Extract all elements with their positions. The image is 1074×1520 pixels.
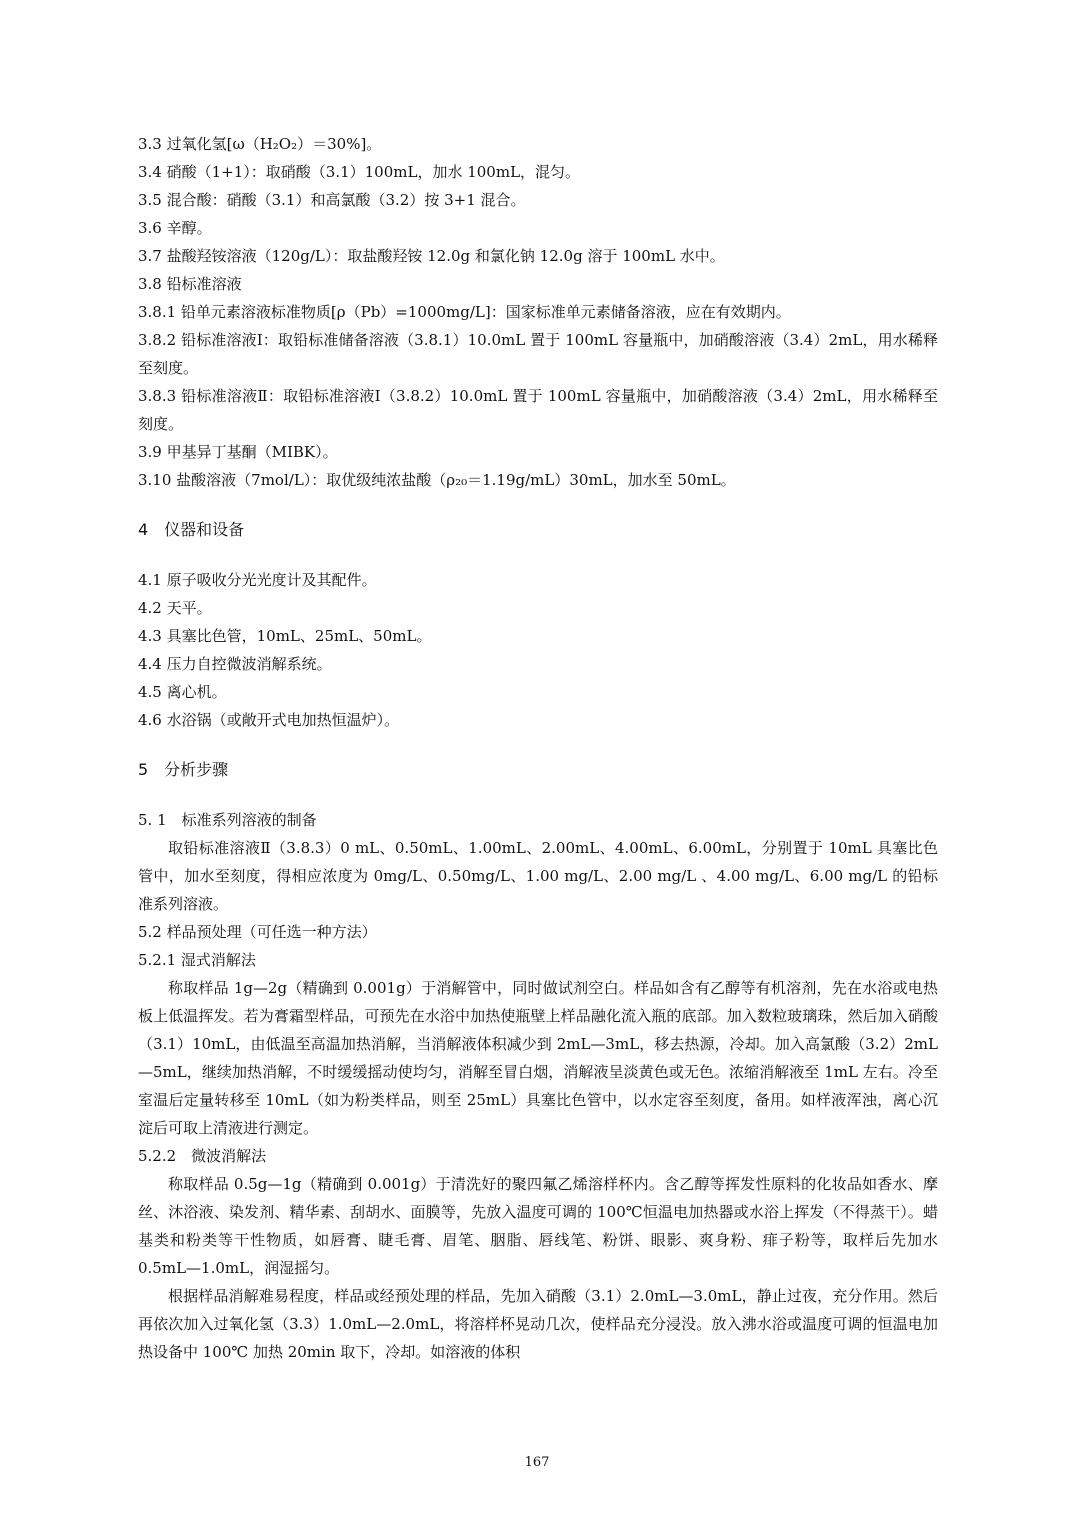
section-5-1-title: 5. 1 标准系列溶液的制备 — [138, 806, 938, 834]
reagent-3-9: 3.9 甲基异丁基酮（MIBK）。 — [138, 438, 938, 466]
section-5-2-1-title: 5.2.1 湿式消解法 — [138, 946, 938, 974]
reagent-3-6: 3.6 辛醇。 — [138, 214, 938, 242]
reagent-3-10: 3.10 盐酸溶液（7mol/L）：取优级纯浓盐酸（ρ₂₀＝1.19g/mL）3… — [138, 466, 938, 494]
equipment-4-4: 4.4 压力自控微波消解系统。 — [138, 650, 938, 678]
equipment-4-2: 4.2 天平。 — [138, 594, 938, 622]
page-number: 167 — [0, 1455, 1074, 1470]
equipment-4-6: 4.6 水浴锅（或敞开式电加热恒温炉）。 — [138, 706, 938, 734]
reagent-3-3: 3.3 过氧化氢[ω（H₂O₂）＝30%]。 — [138, 130, 938, 158]
section-5-heading: 5 分析步骤 — [138, 756, 938, 784]
reagent-3-8-2: 3.8.2 铅标准溶液Ⅰ：取铅标准储备溶液（3.8.1）10.0mL 置于 10… — [138, 326, 938, 382]
reagent-3-8-1: 3.8.1 铅单元素溶液标准物质[ρ（Pb）=1000mg/L]：国家标准单元素… — [138, 298, 938, 326]
equipment-4-5: 4.5 离心机。 — [138, 678, 938, 706]
equipment-4-3: 4.3 具塞比色管，10mL、25mL、50mL。 — [138, 622, 938, 650]
section-5-2-1-text: 称取样品 1g—2g（精确到 0.001g）于消解管中，同时做试剂空白。样品如含… — [138, 974, 938, 1142]
section-5-2-2-text-2: 根据样品消解难易程度，样品或经预处理的样品，先加入硝酸（3.1）2.0mL—3.… — [138, 1282, 938, 1366]
document-page: 3.3 过氧化氢[ω（H₂O₂）＝30%]。 3.4 硝酸（1+1）：取硝酸（3… — [138, 130, 938, 1366]
reagent-3-7: 3.7 盐酸羟铵溶液（120g/L）：取盐酸羟铵 12.0g 和氯化钠 12.0… — [138, 242, 938, 270]
reagent-3-8-3: 3.8.3 铅标准溶液Ⅱ：取铅标准溶液Ⅰ（3.8.2）10.0mL 置于 100… — [138, 382, 938, 438]
reagent-3-4: 3.4 硝酸（1+1）：取硝酸（3.1）100mL，加水 100mL，混匀。 — [138, 158, 938, 186]
section-5-2-title: 5.2 样品预处理（可任选一种方法） — [138, 918, 938, 946]
section-4-heading: 4 仪器和设备 — [138, 516, 938, 544]
reagent-3-5: 3.5 混合酸：硝酸（3.1）和高氯酸（3.2）按 3+1 混合。 — [138, 186, 938, 214]
equipment-4-1: 4.1 原子吸收分光光度计及其配件。 — [138, 566, 938, 594]
section-5-1-text: 取铅标准溶液Ⅱ（3.8.3）0 mL、0.50mL、1.00mL、2.00mL、… — [138, 834, 938, 918]
section-5-2-2-text-1: 称取样品 0.5g—1g（精确到 0.001g）于清洗好的聚四氟乙烯溶样杯内。含… — [138, 1170, 938, 1282]
section-5-2-2-title: 5.2.2 微波消解法 — [138, 1142, 938, 1170]
reagent-3-8: 3.8 铅标准溶液 — [138, 270, 938, 298]
